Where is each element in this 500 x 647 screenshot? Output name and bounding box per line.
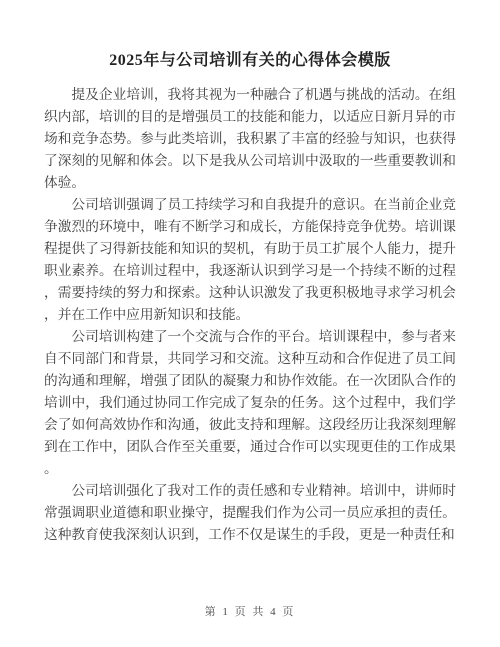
paragraph: 提及企业培训，我将其视为一种融合了机遇与挑战的活动。在组织内部，培训的目的是增强…	[44, 84, 456, 194]
document-page: 2025年与公司培训有关的心得体会模版 提及企业培训，我将其视为一种融合了机遇与…	[0, 0, 500, 647]
page-footer: 第 1 页 共 4 页	[0, 604, 500, 620]
document-body: 提及企业培训，我将其视为一种融合了机遇与挑战的活动。在组织内部，培训的目的是增强…	[44, 84, 456, 546]
paragraph: 公司培训构建了一个交流与合作的平台。培训课程中，参与者来自不同部门和背景，共同学…	[44, 326, 456, 480]
page-number-label: 第 1 页 共 4 页	[205, 606, 296, 618]
document-title: 2025年与公司培训有关的心得体会模版	[0, 0, 500, 84]
paragraph: 公司培训强调了员工持续学习和自我提升的意识。在当前企业竞争激烈的环境中，唯有不断…	[44, 194, 456, 326]
paragraph: 公司培训强化了我对工作的责任感和专业精神。培训中，讲师时常强调职业道德和职业操守…	[44, 480, 456, 546]
